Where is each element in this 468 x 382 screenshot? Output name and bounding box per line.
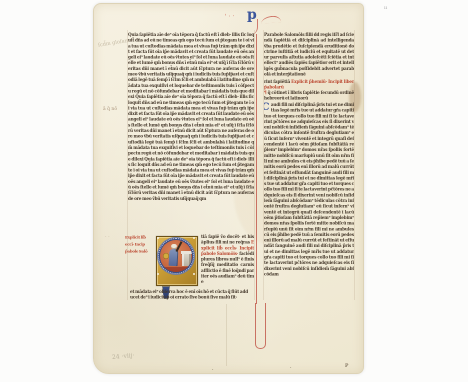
- miniature-scene: [160, 240, 192, 272]
- right-intro-text: Parabole Salomōis filii dd̄ regis iſr̄l …: [264, 32, 354, 79]
- wrap-after: faciēdi plures libros null⁹ ē finis freq…: [201, 251, 254, 284]
- filigree-dot: [193, 237, 195, 239]
- right-column-mid-line: ¶ q̄ cōtinet̄ ī libris ſapiētie ſecundū …: [264, 90, 354, 102]
- text-column-right-body: Caudi fili mi diſciplinā p̄ris tui et ne…: [264, 102, 354, 297]
- manuscript-leaf: '·· p Quia ſapiētia aīe de⁹ oīa tēpora q…: [93, 3, 364, 374]
- right-body-text: audi fili mi diſciplinā p̄ris tui et ne …: [264, 102, 354, 276]
- pen-initial-C: C: [264, 102, 269, 112]
- bottom-edge-mark-2: ·: [290, 365, 292, 371]
- text-column-left: Quia ſapiētia aīe de⁹ oīa tēpora q̄ fact…: [128, 32, 254, 234]
- left-column-body-text: Quia ſapiētia aīe de⁹ oīa tēpora q̄ fact…: [128, 32, 254, 234]
- top-right-pencil-marks: ıı: [384, 5, 387, 11]
- filigree-dot: [193, 273, 195, 275]
- filigree-dot: [157, 237, 159, 239]
- text-column-right-intro: Parabole Salomōis filii dd̄ regis iſr̄l …: [264, 32, 354, 79]
- parchment-crease: [226, 304, 227, 366]
- mid-line: ¶ q̄ cōtinet̄ ī libris ſapiētie ſecundū …: [264, 90, 354, 102]
- altar-body: [182, 254, 191, 266]
- wrap-before: tiā ſapiē v̄o docēt· et his āplius fili …: [201, 234, 254, 245]
- bottom-edge-mark-1: ·: [212, 367, 214, 373]
- photo-background: ıı '·· p Quia ſapiētia aīe de⁹ oīa tēpor…: [0, 0, 468, 382]
- running-header-red-flourish-right: [261, 15, 281, 23]
- red-heading-line: rint ſapiētiā Explicit p̄hemiū· Incipit …: [264, 79, 354, 90]
- scene-ground: [160, 267, 192, 272]
- marginal-rubric: Explicit lib̄ eccī· Incip p̄abole Salō: [125, 234, 153, 276]
- right-body: Caudi fili mi diſciplinā p̄ris tui et ne…: [264, 102, 354, 297]
- bottom-lines-text: et mādata ei⁹ obſerva hoc ē enī oīs hō e…: [130, 289, 248, 302]
- rubric-side-marks: · ·: [105, 234, 110, 240]
- ruling-line-right: [354, 30, 355, 300]
- intercolumn-red-stroke: [256, 34, 257, 304]
- left-margin-note: ā q̄ nō: [103, 107, 117, 112]
- right-column-red-heading: rint ſapiētiā Explicit p̄hemiū· Incipit …: [264, 79, 354, 90]
- heading-pre: rint ſapiētiā: [264, 79, 291, 84]
- mid-text: q̄ cōtinet̄ ī libris ſapiētie ſecundū or…: [264, 90, 354, 101]
- running-header-red-marks: '··: [225, 13, 237, 21]
- red-stroke-hairpin-loop: [255, 303, 266, 349]
- wrap-text-beside-initial: tiā ſapiē v̄o docēt· et his āplius fili …: [201, 234, 254, 289]
- bottom-left-pencil-note: 24 ·viij·: [112, 352, 135, 361]
- wrap-text: tiā ſapiē v̄o docēt· et his āplius fili …: [201, 234, 254, 289]
- rubric-text: Explicit lib̄ eccī· Incip p̄abole Salō: [125, 234, 153, 276]
- left-column-bottom-lines: et mādata ei⁹ obſerva hoc ē enī oīs hō e…: [130, 289, 248, 302]
- bottom-edge-mark-3: P: [345, 363, 348, 369]
- filigree-dot: [157, 273, 159, 275]
